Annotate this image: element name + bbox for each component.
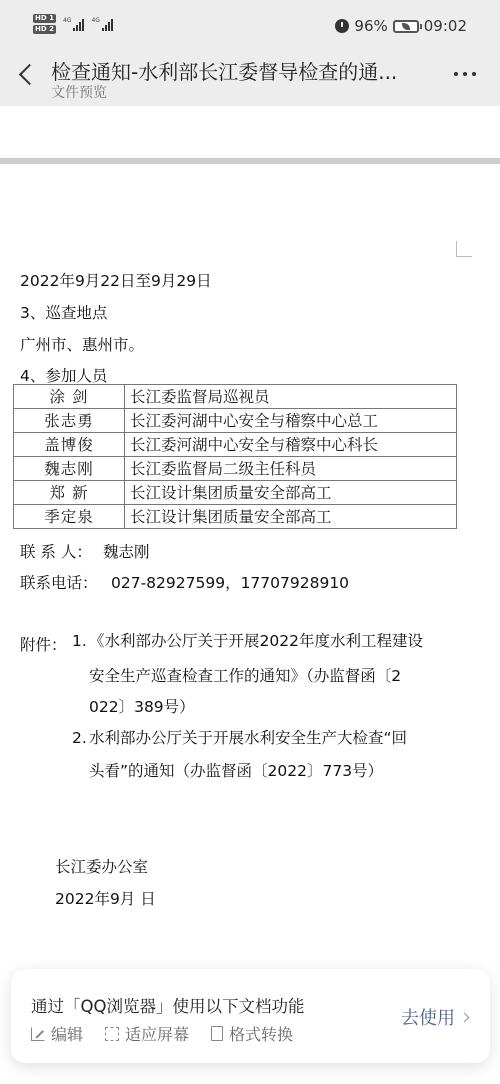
sim1-hd-badge: HD 1 [33,14,56,23]
attachment-2-line1: 水利部办公厅关于开展水利安全生产大检查“回 [89,721,407,756]
feature-format-convert[interactable]: 格式转换 [211,1022,293,1045]
battery-percent: 96% [354,17,387,35]
battery-icon [393,20,419,33]
attachment-1-line1: 《水利部办公厅关于开展2022年度水利工程建设 [89,624,423,659]
person-role: 长江设计集团质量安全部高工 [125,481,457,505]
section4-heading: 4、参加人员 [20,364,107,386]
table-row: 张志勇长江委河湖中心安全与稽察中心总工 [14,409,457,433]
page-margin-mark [456,241,472,257]
signal-indicators: HD 1 HD 2 4G 4G [33,14,113,34]
signal-icon-2: 4G [91,17,112,31]
person-role: 长江委河湖中心安全与稽察中心总工 [125,409,457,433]
chevron-right-icon [460,1012,470,1022]
feature-edit[interactable]: 编辑 [31,1022,83,1045]
use-now-label: 去使用 [401,1004,455,1030]
personnel-table: 涂 剑长江委监督局巡视员 张志勇长江委河湖中心安全与稽察中心总工 盖博俊长江委河… [13,384,457,529]
table-row: 郑 新长江设计集团质量安全部高工 [14,481,457,505]
person-name: 郑 新 [14,481,125,505]
person-role: 长江委河湖中心安全与稽察中心科长 [125,433,457,457]
date-range: 2022年9月22日至9月29日 [20,269,212,291]
attachments-label: 附件： [20,633,67,655]
attachment-1-number: 1. [72,624,87,659]
alarm-icon [335,19,349,33]
attachment-1-line2: 安全生产巡查检查工作的通知》（办监督函〔2 [89,659,401,694]
person-role: 长江委监督局巡视员 [125,385,457,409]
person-name: 魏志刚 [14,457,125,481]
feature-fit-screen[interactable]: 适应屏幕 [105,1022,189,1045]
use-now-button[interactable]: 去使用 [401,1004,468,1030]
table-row: 盖博俊长江委河湖中心安全与稽察中心科长 [14,433,457,457]
back-button[interactable] [14,60,38,88]
status-bar: HD 1 HD 2 4G 4G 96% 09:02 [0,0,500,46]
person-name: 盖博俊 [14,433,125,457]
qq-browser-promo-card: 通过「QQ浏览器」使用以下文档功能 编辑 适应屏幕 格式转换 去使用 [11,969,490,1063]
fit-screen-icon [105,1027,119,1041]
promo-text: 通过「QQ浏览器」使用以下文档功能 [31,993,304,1017]
document-icon [211,1026,223,1041]
person-role: 长江设计集团质量安全部高工 [125,505,457,529]
table-row: 涂 剑长江委监督局巡视员 [14,385,457,409]
signal-icon-1: 4G [63,17,84,31]
person-name: 张志勇 [14,409,125,433]
person-name: 涂 剑 [14,385,125,409]
clock: 09:02 [424,17,467,35]
previous-page-bottom [0,106,500,158]
feature-label: 适应屏幕 [125,1022,189,1045]
contact-label: 联 系 人： [20,540,92,562]
table-row: 魏志刚长江委监督局二级主任科员 [14,457,457,481]
person-name: 季定泉 [14,505,125,529]
attachment-1-line3: 022〕389号） [89,690,195,725]
edit-icon [31,1027,45,1041]
more-options-button[interactable] [454,72,476,76]
signature-date: 2022年9月 日 [55,887,156,909]
section3-content: 广州市、惠州市。 [20,333,144,355]
sim2-hd-badge: HD 2 [33,25,56,34]
person-role: 长江委监督局二级主任科员 [125,457,457,481]
phone-value: 027-82927599，17707928910 [111,571,349,593]
signature-org: 长江委办公室 [55,855,148,877]
section3-heading: 3、巡查地点 [20,301,107,323]
page-title: 检查通知-水利部长江委督导检查的通... [51,56,431,85]
contact-name: 魏志刚 [103,540,150,562]
feature-label: 格式转换 [229,1022,293,1045]
app-bar: 检查通知-水利部长江委督导检查的通... 文件预览 [0,46,500,106]
feature-label: 编辑 [51,1022,83,1045]
phone-label: 联系电话： [20,571,98,593]
attachment-2-line2: 头看”的通知（办监督函〔2022〕773号） [89,754,383,789]
page-subtitle: 文件预览 [51,82,107,102]
attachment-2-number: 2. [72,721,87,756]
table-row: 季定泉长江设计集团质量安全部高工 [14,505,457,529]
